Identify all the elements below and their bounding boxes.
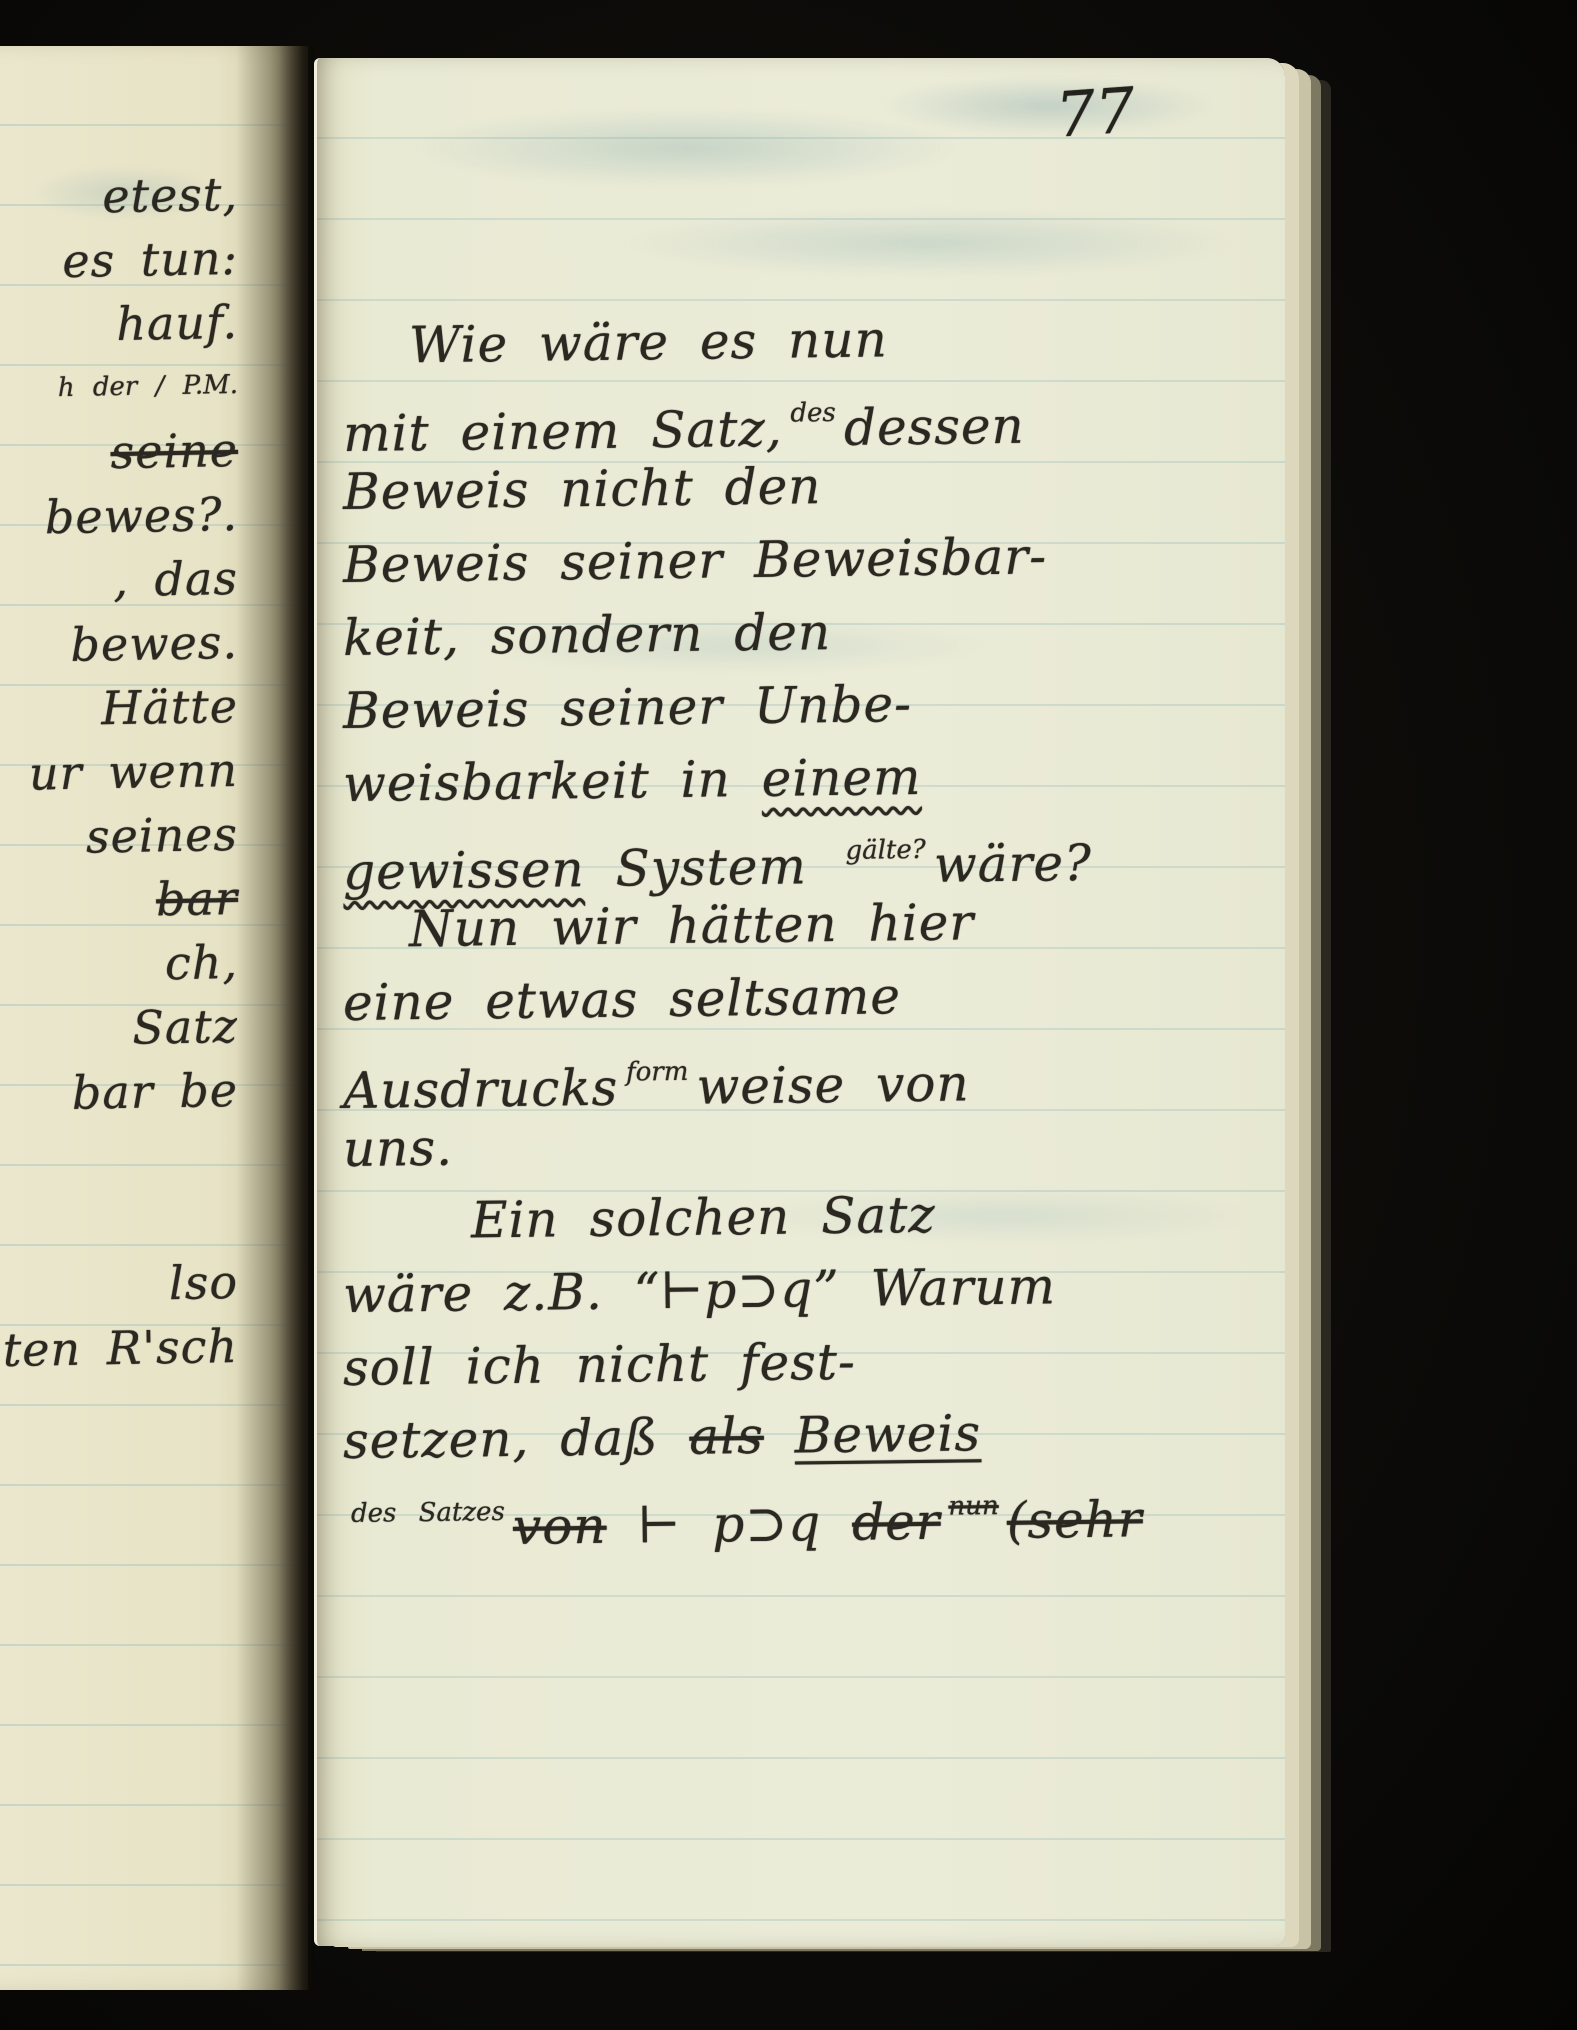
- handwritten-segment: es tun:: [62, 231, 239, 288]
- handwritten-segment: bewes.: [70, 615, 238, 672]
- handwritten-line: etest,: [0, 162, 239, 230]
- handwritten-line: ten R'sch: [0, 1314, 239, 1382]
- handwritten-segment: lso: [169, 1255, 239, 1310]
- right-page-handwriting: Wie wäre es nunmit einem Satz,desdessenB…: [343, 310, 1273, 1551]
- handwritten-segment: Nun wir hätten hier: [409, 893, 975, 958]
- handwritten-segment: Beweis nicht den: [343, 457, 822, 521]
- handwritten-segment: ur wenn: [28, 743, 238, 801]
- handwritten-segment: bar: [156, 871, 239, 926]
- handwritten-line: soll ich nicht fest-: [343, 1321, 1274, 1405]
- handwritten-line: Beweis nicht den: [343, 445, 1274, 529]
- handwritten-segment: Beweis seiner Unbe-: [343, 675, 913, 740]
- handwritten-line: es tun:: [0, 226, 239, 294]
- handwritten-segment: gälte?: [845, 835, 926, 866]
- handwritten-line: lso: [0, 1250, 239, 1318]
- handwritten-line: seines: [0, 802, 239, 870]
- handwritten-line: eine etwas seltsame: [343, 956, 1274, 1040]
- handwritten-line: ur wenn: [0, 738, 239, 806]
- handwritten-line: hauf.: [0, 290, 239, 358]
- handwritten-line: [0, 1122, 239, 1190]
- handwritten-line: Wie wäre es nun: [343, 299, 1274, 383]
- handwritten-line: bewes.: [0, 610, 239, 678]
- handwritten-segment: soll ich nicht fest-: [343, 1333, 857, 1397]
- handwritten-segment: der: [852, 1493, 941, 1552]
- handwritten-segment: Satz: [132, 999, 239, 1055]
- handwritten-line: bar: [0, 866, 239, 934]
- handwritten-line: Beweis seiner Unbe-: [343, 664, 1274, 748]
- handwritten-segment: von: [513, 1497, 607, 1556]
- handwritten-segment: bar be: [71, 1063, 238, 1120]
- handwritten-line: seine: [0, 418, 239, 486]
- handwritten-line: Ein solchen Satz: [343, 1175, 1274, 1259]
- handwritten-segment: seine: [110, 423, 238, 479]
- handwritten-line: gewissen System gälte?wäre?: [343, 810, 1274, 894]
- page-number: 77: [1054, 73, 1138, 151]
- handwritten-segment: , das: [113, 551, 239, 607]
- handwritten-line: Hätte: [0, 674, 239, 742]
- handwritten-line: mit einem Satz,desdessen: [343, 372, 1274, 456]
- handwritten-line: Nun wir hätten hier: [343, 883, 1274, 967]
- handwritten-segment: Beweis seiner Beweisbar-: [343, 527, 1048, 594]
- handwritten-segment: des: [790, 398, 836, 429]
- handwritten-segment: setzen, daß: [343, 1408, 690, 1470]
- page-gutter-shadow: [236, 46, 314, 1990]
- handwritten-segment: keit, sondern den: [343, 603, 832, 667]
- handwritten-segment: Hätte: [101, 679, 239, 735]
- handwritten-segment: form: [626, 1057, 689, 1088]
- handwritten-segment: seines: [86, 807, 239, 864]
- handwritten-segment: als: [689, 1407, 764, 1466]
- handwritten-line: weisbarkeit in einem: [343, 737, 1274, 821]
- handwritten-segment: nun: [948, 1491, 999, 1522]
- handwritten-line: Satz: [0, 994, 239, 1062]
- handwritten-segment: einem: [761, 748, 921, 808]
- handwritten-line: [0, 1186, 239, 1254]
- handwritten-segment: Ein solchen Satz: [471, 1186, 936, 1250]
- handwritten-segment: h der / P.M.: [58, 370, 239, 403]
- handwritten-segment: ten R'sch: [2, 1319, 238, 1377]
- handwritten-segment: hauf.: [116, 295, 239, 351]
- handwritten-line: bewes?.: [0, 482, 239, 550]
- handwritten-line: des Satzesvon ⊢ p⊃q dernun(sehr: [343, 1467, 1274, 1551]
- ink-bleedthrough: [617, 208, 1237, 278]
- handwritten-line: Ausdrucksformweise von: [343, 1029, 1274, 1113]
- handwritten-segment: bewes?.: [44, 487, 238, 544]
- handwritten-segment: (sehr: [1007, 1490, 1144, 1550]
- handwritten-line: , das: [0, 546, 239, 614]
- handwritten-segment: wäre z.B. “⊢p⊃q” Warum: [343, 1257, 1057, 1324]
- handwritten-segment: weisbarkeit in: [343, 750, 762, 813]
- handwritten-line: uns.: [343, 1102, 1274, 1186]
- handwritten-segment: ⊢ p⊃q: [606, 1494, 852, 1555]
- left-page-handwriting: etest,es tun:hauf.h der / P.M.seinebewes…: [0, 164, 244, 1380]
- ink-bleedthrough: [877, 76, 1217, 136]
- handwritten-segment: uns.: [343, 1119, 454, 1178]
- notebook-photo: { "page_number": "77", "right_page": { "…: [0, 0, 1577, 2030]
- handwritten-segment: ch,: [165, 935, 239, 990]
- handwritten-segment: Beweis: [794, 1404, 981, 1464]
- handwritten-line: bar be: [0, 1058, 239, 1126]
- handwritten-segment: Wie wäre es nun: [409, 310, 888, 374]
- handwritten-segment: eine etwas seltsame: [343, 967, 902, 1032]
- handwritten-line: wäre z.B. “⊢p⊃q” Warum: [343, 1248, 1274, 1332]
- right-page: 77 Wie wäre es nunmit einem Satz,desdess…: [314, 58, 1285, 1946]
- handwritten-line: setzen, daß als Beweis: [343, 1394, 1274, 1478]
- handwritten-segment: [763, 1406, 795, 1464]
- ink-bleedthrough: [407, 108, 967, 188]
- handwritten-segment: etest,: [102, 167, 239, 223]
- handwritten-line: ch,: [0, 930, 239, 998]
- handwritten-line: keit, sondern den: [343, 591, 1274, 675]
- handwritten-line: h der / P.M.: [0, 354, 239, 422]
- handwritten-line: Beweis seiner Beweisbar-: [343, 518, 1274, 602]
- handwritten-segment: des Satzes: [351, 1497, 505, 1529]
